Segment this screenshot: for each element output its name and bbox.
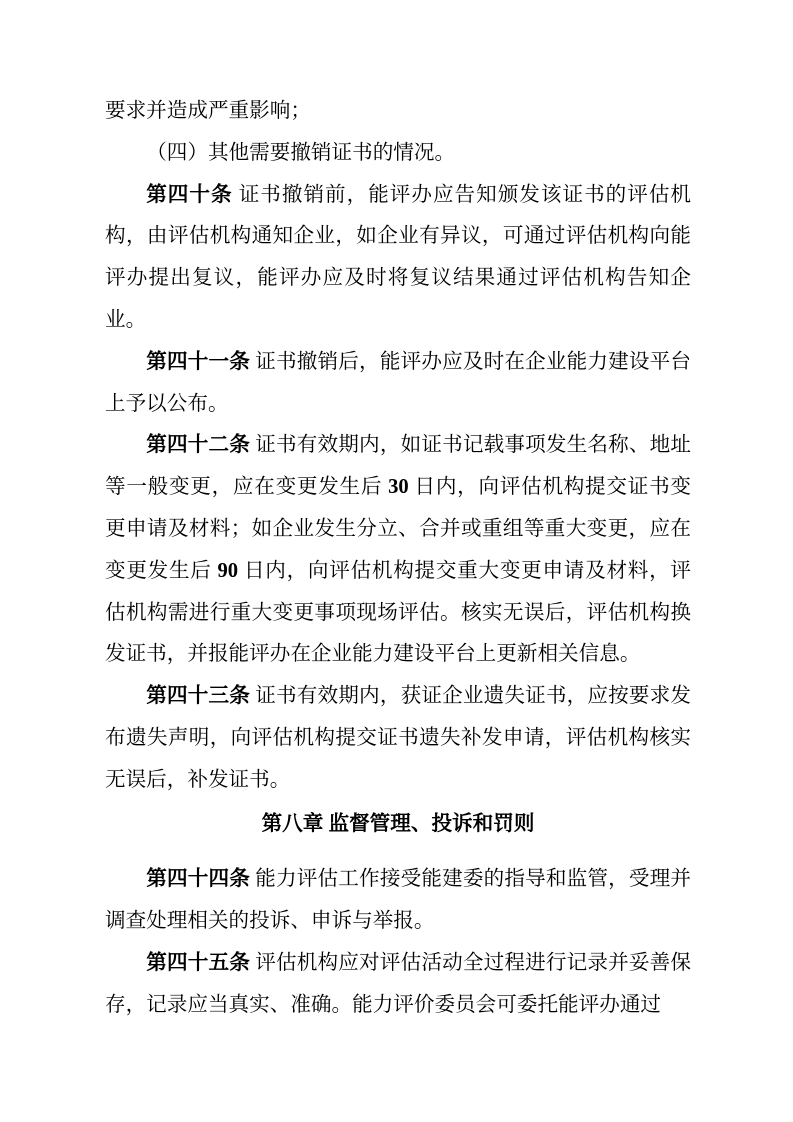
- paragraph: 第四十二条 证书有效期内，如证书记载事项发生名称、地址等一般变更，应在变更发生后…: [105, 425, 691, 676]
- bold-text-run: 第四十二条: [146, 434, 250, 456]
- paragraph: （四）其他需要撤销证书的情况。: [105, 133, 691, 175]
- bold-text-run: 第八章 监督管理、投诉和罚则: [262, 813, 535, 835]
- text-run: 要求并造成严重影响；: [105, 100, 311, 122]
- bold-text-run: 第四十三条: [146, 685, 250, 707]
- document-body: 要求并造成严重影响；（四）其他需要撤销证书的情况。第四十条 证书撤销前，能评办应…: [105, 91, 691, 1027]
- paragraph: 第四十四条 能力评估工作接受能建委的指导和监管，受理并调查处理相关的投诉、申诉与…: [105, 859, 691, 943]
- paragraph: 第四十五条 评估机构应对评估活动全过程进行记录并妥善保存，记录应当真实、准确。能…: [105, 943, 691, 1027]
- bold-text-run: 第四十条: [146, 184, 232, 206]
- paragraph: 第四十三条 证书有效期内，获证企业遗失证书，应按要求发布遗失声明，向评估机构提交…: [105, 676, 691, 801]
- paragraph: 第四十一条 证书撤销后，能评办应及时在企业能力建设平台上予以公布。: [105, 342, 691, 426]
- bold-text-run: 第四十一条: [146, 351, 250, 373]
- text-run: （四）其他需要撤销证书的情况。: [146, 142, 455, 164]
- bold-text-run: 第四十四条: [146, 868, 250, 890]
- bold-text-run: 90: [218, 560, 239, 582]
- chapter-heading: 第八章 监督管理、投诉和罚则: [105, 804, 691, 846]
- bold-text-run: 第四十五条: [146, 952, 250, 974]
- paragraph: 要求并造成严重影响；: [105, 91, 691, 133]
- bold-text-run: 30: [388, 476, 409, 498]
- paragraph: 第四十条 证书撤销前，能评办应告知颁发该证书的评估机构，由评估机构通知企业，如企…: [105, 175, 691, 342]
- document-page: 要求并造成严重影响；（四）其他需要撤销证书的情况。第四十条 证书撤销前，能评办应…: [0, 0, 793, 1122]
